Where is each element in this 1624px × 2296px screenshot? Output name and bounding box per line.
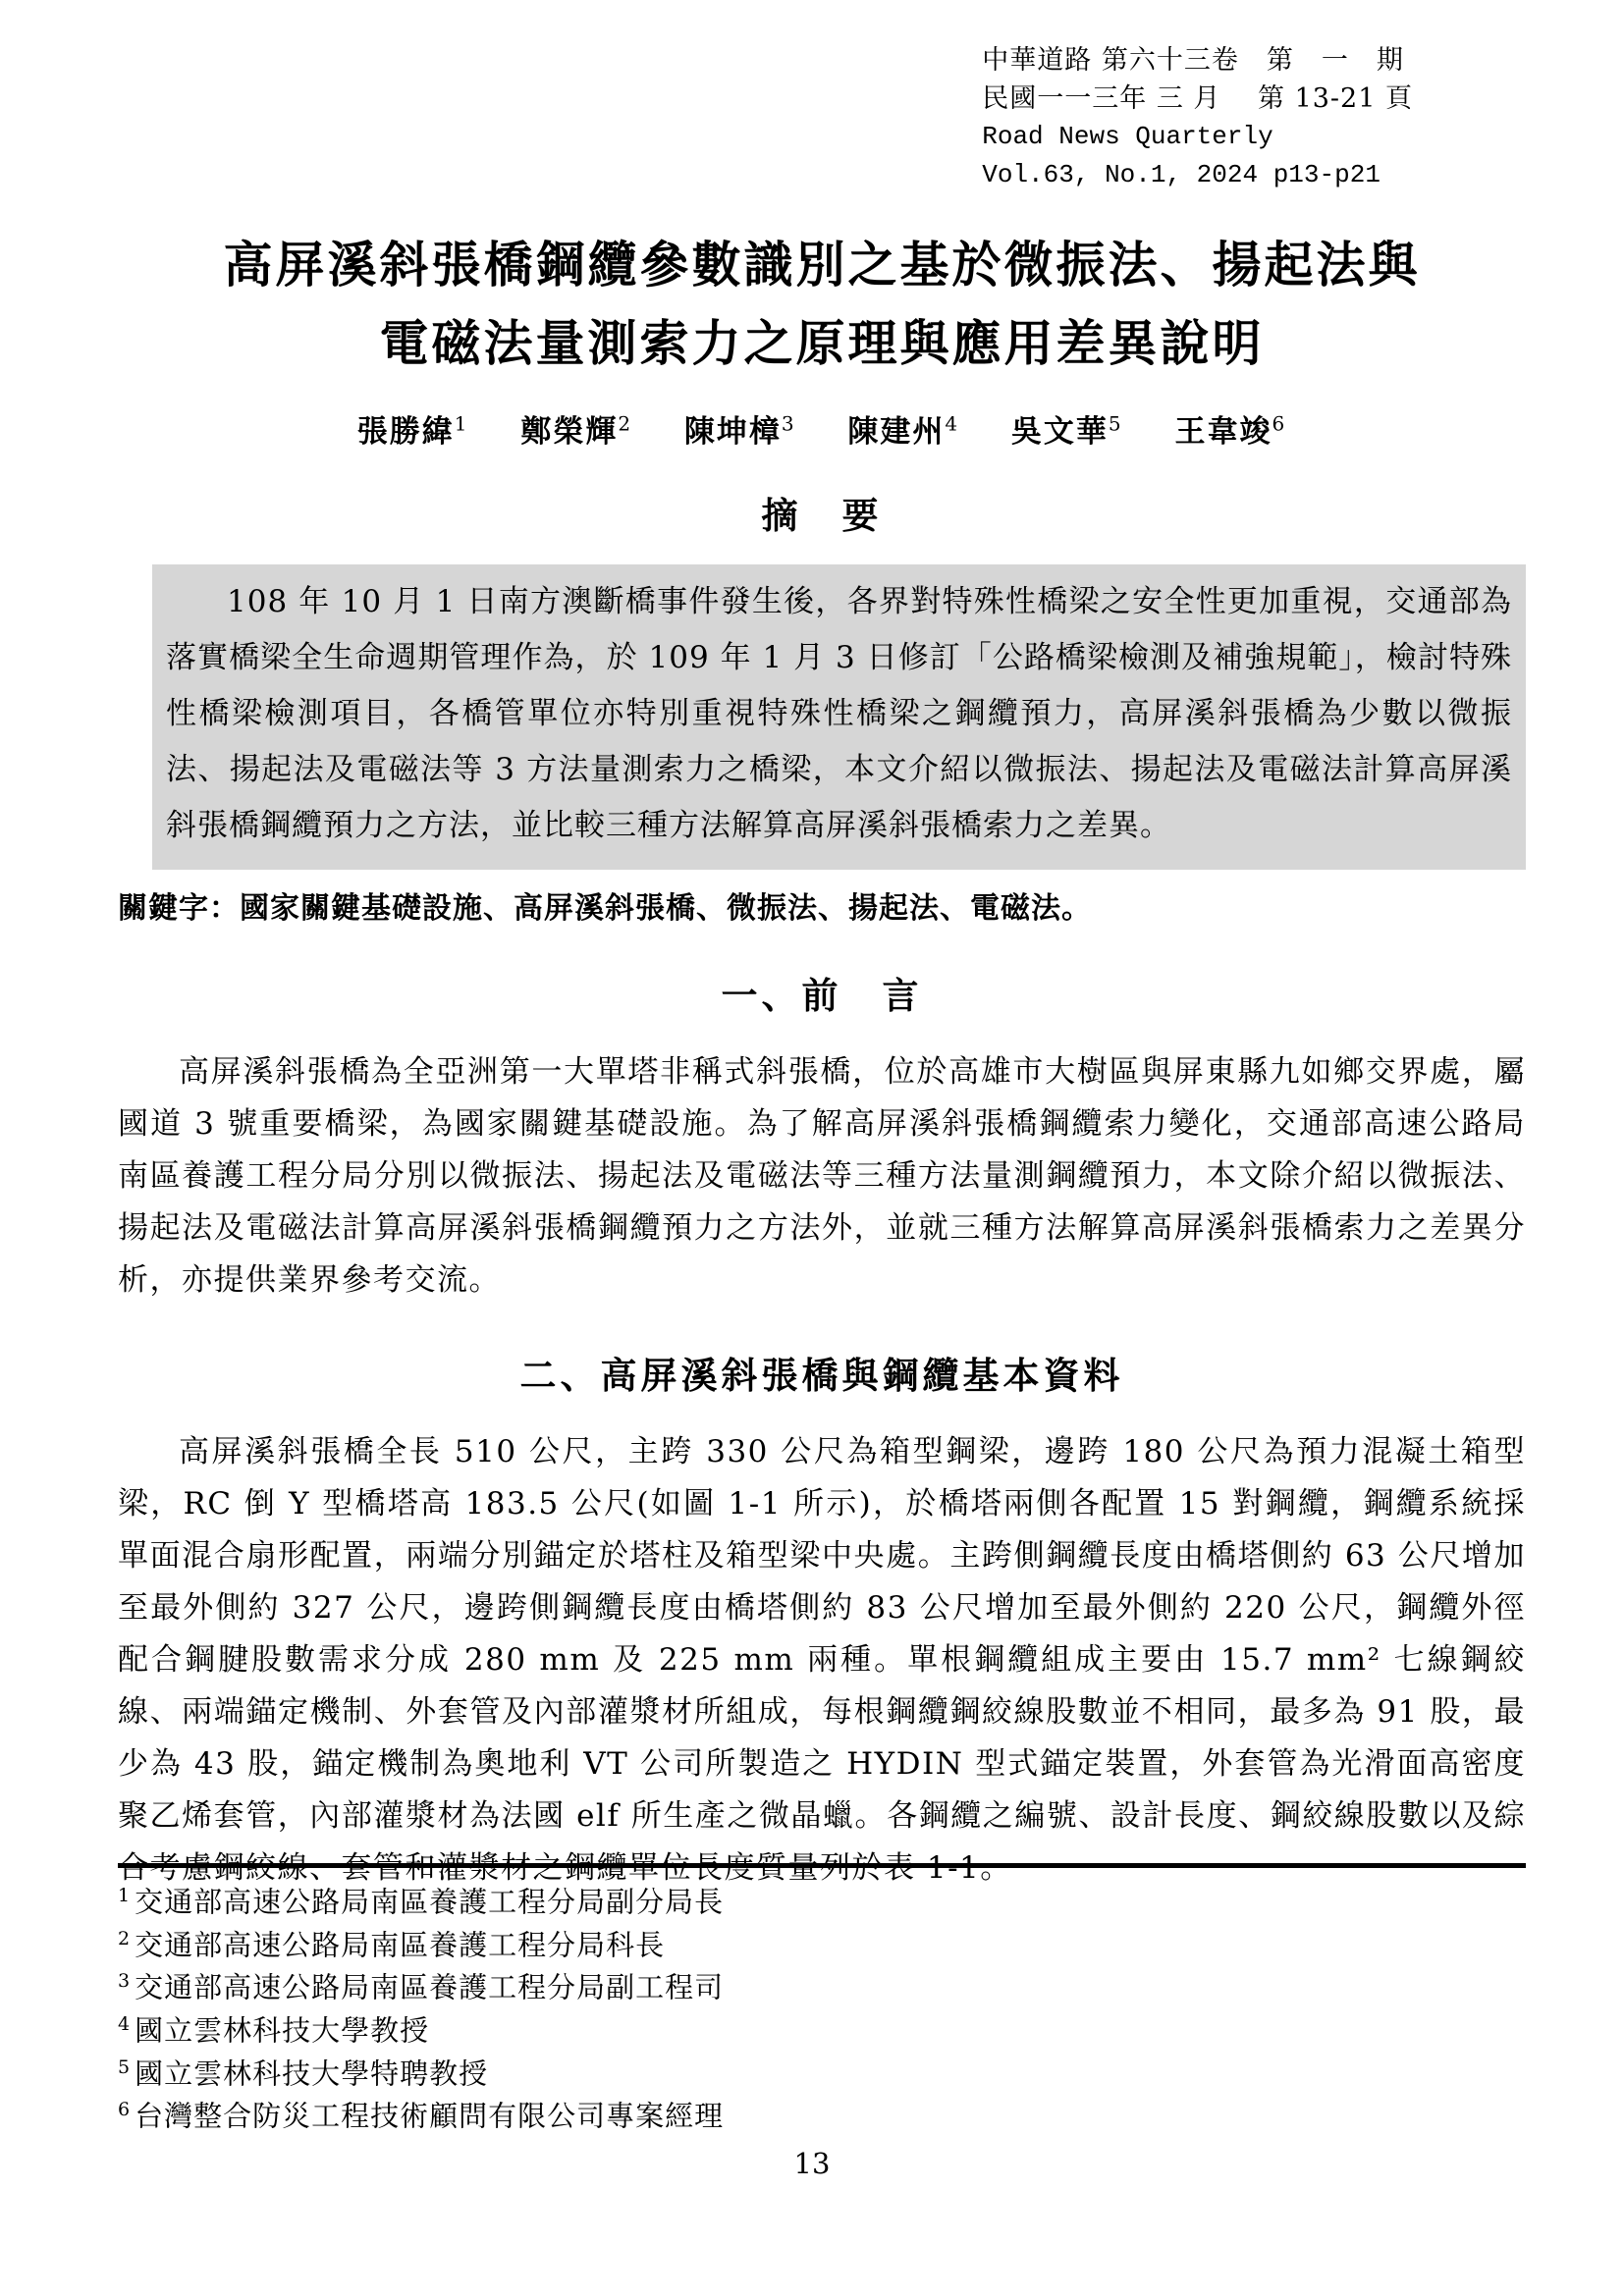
footnote-6-text: 台灣整合防災工程技術顧問有限公司專案經理 [135,2100,724,2133]
footnote-5-mark: 5 [118,2056,131,2078]
footnote-6: 6台灣整合防災工程技術顧問有限公司專案經理 [118,2092,1526,2135]
footnote-1-text: 交通部高速公路局南區養護工程分局副分局長 [135,1886,724,1919]
footnote-2: 2交通部高速公路局南區養護工程分局科長 [118,1921,1526,1964]
section-1-paragraph: 高屏溪斜張橋為全亞洲第一大單塔非稱式斜張橋，位於高雄市大樹區與屏東縣九如鄉交界處… [118,1046,1526,1307]
footnote-2-text: 交通部高速公路局南區養護工程分局科長 [135,1928,665,1961]
footnote-4: 4國立雲林科技大學教授 [118,2006,1526,2050]
masthead-issue-line: Vol.63, No.1, 2024 p13-p21 [982,156,1413,194]
footnote-6-mark: 6 [118,2099,131,2120]
author-6-name: 王韋竣 [1174,414,1272,450]
footnote-area: 1交通部高速公路局南區養護工程分局副分局長 2交通部高速公路局南區養護工程分局科… [118,1863,1526,2135]
author-4-affiliation-mark: 4 [945,412,959,436]
author-1-name: 張勝緯 [357,414,455,450]
author-3-name: 陳坤樟 [684,414,782,450]
footnote-divider [118,1863,1526,1868]
footnote-5-text: 國立雲林科技大學特聘教授 [135,2056,488,2090]
author-1-affiliation-mark: 1 [455,412,469,436]
journal-masthead: 中華道路 第六十三卷 第 一 期 民國一一三年 三 月 第 13-21 頁 Ro… [982,41,1413,194]
author-3-affiliation-mark: 3 [782,412,796,436]
footnote-4-text: 國立雲林科技大學教授 [135,2014,429,2048]
author-3: 陳坤樟3 [684,414,796,450]
footnote-1-mark: 1 [118,1885,131,1906]
footnote-4-mark: 4 [118,2013,131,2035]
footnote-2-mark: 2 [118,1928,131,1949]
footnote-5: 5國立雲林科技大學特聘教授 [118,2050,1526,2093]
abstract-text: 108 年 10 月 1 日南方澳斷橋事件發生後，各界對特殊性橋梁之安全性更加重… [166,574,1512,854]
author-list: 張勝緯1 鄭榮輝2 陳坤樟3 陳建州4 吳文華5 王韋竣6 [118,406,1526,451]
masthead-journal-name: Road News Quarterly [982,118,1413,156]
author-6: 王韋竣6 [1174,414,1286,450]
document-page: 中華道路 第六十三卷 第 一 期 民國一一三年 三 月 第 13-21 頁 Ro… [0,0,1624,2296]
paper-title-line-2: 電磁法量測索力之原理與應用差異說明 [118,304,1526,383]
footnote-3: 3交通部高速公路局南區養護工程分局副工程司 [118,1963,1526,2006]
author-4-name: 陳建州 [847,414,945,450]
author-2-affiliation-mark: 2 [618,412,632,436]
author-6-affiliation-mark: 6 [1272,412,1286,436]
keywords-line: 關鍵字：國家關鍵基礎設施、高屏溪斜張橋、微振法、揚起法、電磁法。 [118,883,1526,927]
author-1: 張勝緯1 [357,414,469,450]
paper-title: 高屏溪斜張橋鋼纜參數識別之基於微振法、揚起法與 電磁法量測索力之原理與應用差異說… [118,226,1526,383]
author-2-name: 鄭榮輝 [520,414,618,450]
page-number: 13 [0,2147,1624,2180]
footnote-1: 1交通部高速公路局南區養護工程分局副分局長 [118,1878,1526,1921]
masthead-date-line: 民國一一三年 三 月 第 13-21 頁 [982,80,1413,118]
section-2-heading: 二、高屏溪斜張橋與鋼纜基本資料 [118,1346,1526,1399]
author-5-name: 吳文華 [1011,414,1109,450]
section-1-heading: 一、前 言 [118,966,1526,1019]
author-4: 陳建州4 [847,414,959,450]
author-5: 吳文華5 [1011,414,1123,450]
abstract-box: 108 年 10 月 1 日南方澳斷橋事件發生後，各界對特殊性橋梁之安全性更加重… [152,564,1526,870]
footnote-3-text: 交通部高速公路局南區養護工程分局副工程司 [135,1971,724,2004]
paper-title-line-1: 高屏溪斜張橋鋼纜參數識別之基於微振法、揚起法與 [118,226,1526,304]
author-5-affiliation-mark: 5 [1109,412,1123,436]
abstract-heading: 摘 要 [118,486,1526,539]
footnote-3-mark: 3 [118,1970,131,1992]
author-2: 鄭榮輝2 [520,414,632,450]
section-2-paragraph: 高屏溪斜張橋全長 510 公尺，主跨 330 公尺為箱型鋼梁，邊跨 180 公尺… [118,1426,1526,1895]
masthead-volume-line: 中華道路 第六十三卷 第 一 期 [982,41,1413,80]
